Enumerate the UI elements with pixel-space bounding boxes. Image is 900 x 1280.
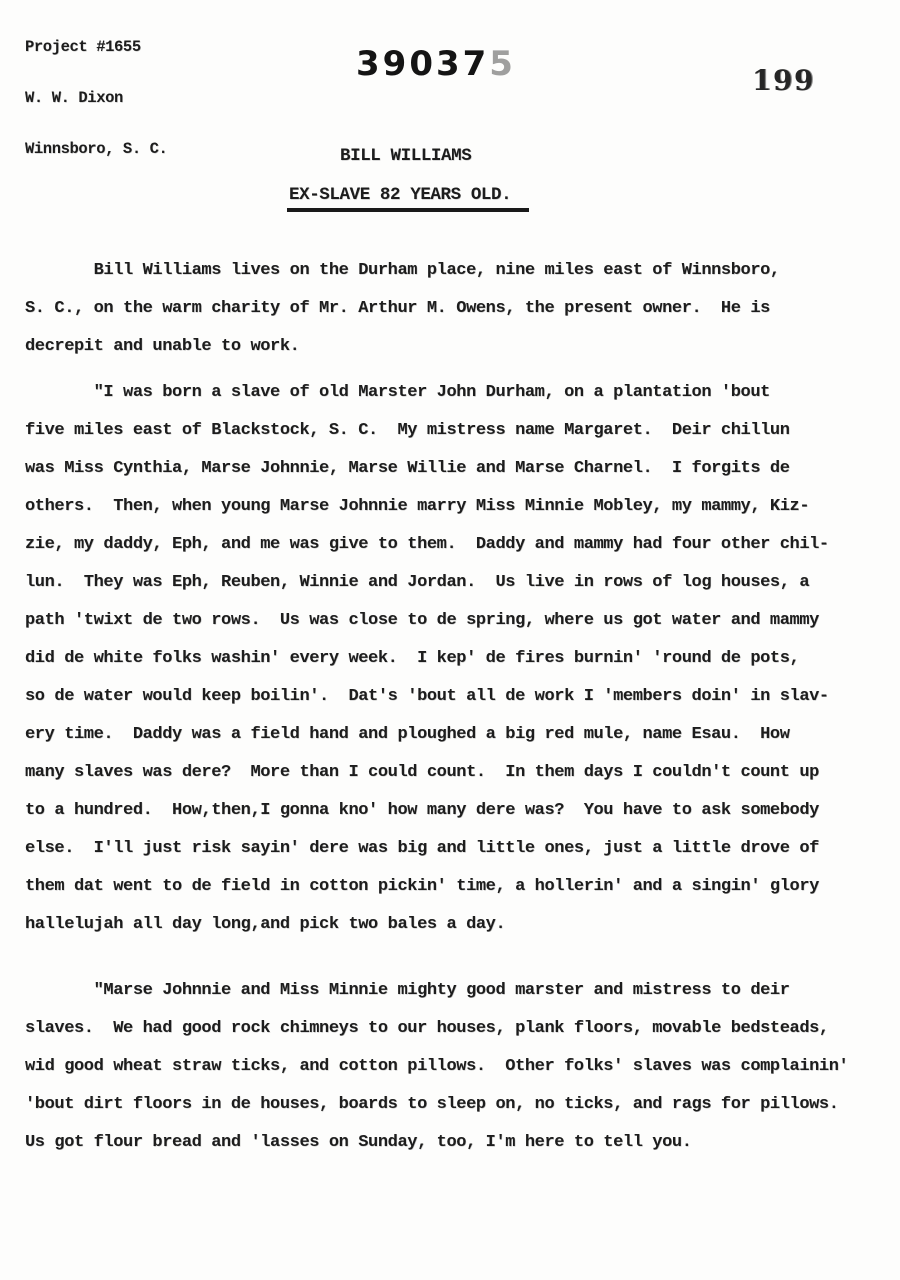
stamp-faint-digit: 5 xyxy=(489,44,516,84)
author-name: W. W. Dixon xyxy=(25,90,167,107)
text-line: did de white folks washin' every week. I… xyxy=(25,640,890,678)
document-page: { "header": { "project": "Project #1655"… xyxy=(0,0,900,1280)
page-number-stamp: 199 xyxy=(752,64,815,97)
text-line: was Miss Cynthia, Marse Johnnie, Marse W… xyxy=(25,450,890,488)
text-line: many slaves was dere? More than I could … xyxy=(25,754,890,792)
text-line: to a hundred. How,then,I gonna kno' how … xyxy=(25,792,890,830)
paragraph-2: "I was born a slave of old Marster John … xyxy=(25,374,890,944)
text-line: others. Then, when young Marse Johnnie m… xyxy=(25,488,890,526)
document-title: BILL WILLIAMS xyxy=(340,146,471,166)
text-line: five miles east of Blackstock, S. C. My … xyxy=(25,412,890,450)
typed-header-block: Project #1655 W. W. Dixon Winnsboro, S. … xyxy=(25,5,167,175)
document-subtitle: EX-SLAVE 82 YEARS OLD. xyxy=(287,185,529,212)
text-line: zie, my daddy, Eph, and me was give to t… xyxy=(25,526,890,564)
text-line: S. C., on the warm charity of Mr. Arthur… xyxy=(25,290,890,328)
text-line: wid good wheat straw ticks, and cotton p… xyxy=(25,1048,890,1086)
stamp-digits: 39037 xyxy=(356,44,489,84)
text-line: slaves. We had good rock chimneys to our… xyxy=(25,1010,890,1048)
text-line: ery time. Daddy was a field hand and plo… xyxy=(25,716,890,754)
narrative-body: Bill Williams lives on the Durham place,… xyxy=(25,252,890,1162)
text-line: "I was born a slave of old Marster John … xyxy=(25,374,890,412)
text-line: Us got flour bread and 'lasses on Sunday… xyxy=(25,1124,890,1162)
text-line: else. I'll just risk sayin' dere was big… xyxy=(25,830,890,868)
text-line: path 'twixt de two rows. Us was close to… xyxy=(25,602,890,640)
paragraph-3: "Marse Johnnie and Miss Minnie mighty go… xyxy=(25,972,890,1162)
author-location: Winnsboro, S. C. xyxy=(25,141,167,158)
text-line: hallelujah all day long,and pick two bal… xyxy=(25,906,890,944)
project-number: Project #1655 xyxy=(25,39,167,56)
catalog-number-stamp: 390375 xyxy=(356,44,516,84)
paragraph-1: Bill Williams lives on the Durham place,… xyxy=(25,252,890,366)
text-line: Bill Williams lives on the Durham place,… xyxy=(25,252,890,290)
text-line: them dat went to de field in cotton pick… xyxy=(25,868,890,906)
text-line: so de water would keep boilin'. Dat's 'b… xyxy=(25,678,890,716)
text-line: 'bout dirt floors in de houses, boards t… xyxy=(25,1086,890,1124)
text-line: "Marse Johnnie and Miss Minnie mighty go… xyxy=(25,972,890,1010)
text-line: lun. They was Eph, Reuben, Winnie and Jo… xyxy=(25,564,890,602)
text-line: decrepit and unable to work. xyxy=(25,328,890,366)
